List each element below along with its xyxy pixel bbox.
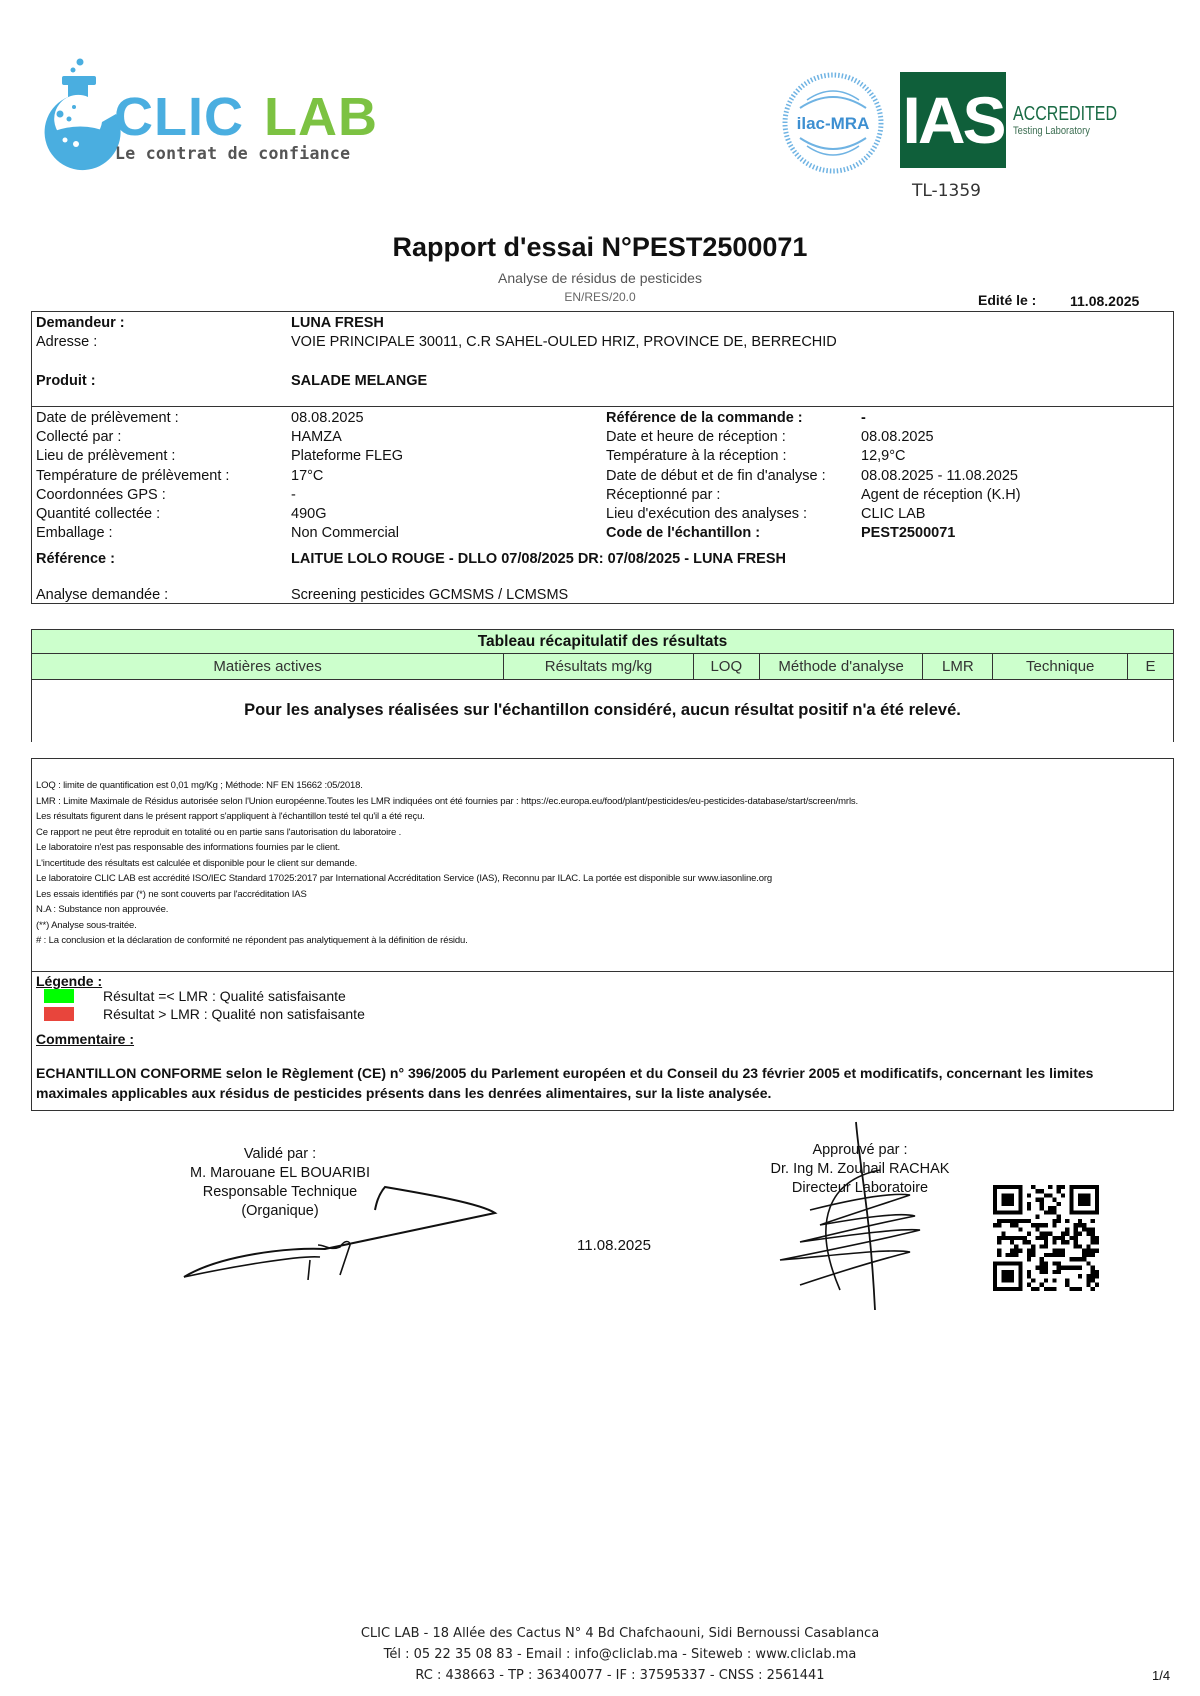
logo-brand-part1: CLIC	[114, 90, 244, 144]
legend-title: Légende :	[36, 973, 102, 989]
note-line: Le laboratoire n'est pas responsable des…	[36, 842, 340, 853]
requester-value: LUNA FRESH	[291, 314, 384, 332]
ilac-seal-icon: ilac-MRA	[782, 72, 884, 174]
sample-field-label: Quantité collectée :	[36, 505, 160, 523]
note-line: # : La conclusion et la déclaration de c…	[36, 935, 468, 946]
ias-accredited-sub: Testing Laboratory	[1013, 125, 1090, 137]
note-line: Le laboratoire CLIC LAB est accrédité IS…	[36, 873, 772, 884]
sample-field-value: 490G	[291, 505, 326, 523]
results-column-header: Matières actives	[32, 654, 504, 679]
sample-field-value: PEST2500071	[861, 524, 955, 542]
signature-approver-icon	[770, 1120, 950, 1320]
legend-item-unsatisfactory: Résultat > LMR : Qualité non satisfaisan…	[103, 1006, 365, 1022]
report-title: Rapport d'essai N°PEST2500071	[0, 232, 1200, 263]
sample-field-value: 08.08.2025	[861, 428, 934, 446]
legend-item-satisfactory: Résultat =< LMR : Qualité satisfaisante	[103, 988, 346, 1004]
sample-field-label: Lieu de prélèvement :	[36, 447, 175, 465]
ias-logo: IAS	[900, 72, 1006, 168]
clic-lab-logo: CLIC LAB Le contrat de confiance	[32, 52, 392, 172]
sample-field-label: Réceptionné par :	[606, 486, 720, 504]
product-label: Produit :	[36, 372, 96, 390]
signature-validator-icon	[180, 1185, 510, 1280]
sample-field-label: Lieu d'exécution des analyses :	[606, 505, 807, 523]
analysis-label: Analyse demandée :	[36, 586, 168, 604]
sample-field-value: 08.08.2025	[291, 409, 364, 427]
no-result-message: Pour les analyses réalisées sur l'échant…	[31, 679, 1174, 742]
ias-certificate-number: TL-1359	[912, 181, 981, 201]
notes-box: LOQ : limite de quantification est 0,01 …	[31, 758, 1174, 972]
note-line: L'incertitude des résultats est calculée…	[36, 858, 357, 869]
note-line: Les résultats figurent dans le présent r…	[36, 811, 425, 822]
reference-label: Référence :	[36, 550, 115, 568]
sample-field-value: Non Commercial	[291, 524, 399, 542]
legend-comment-box: Légende : Résultat =< LMR : Qualité sati…	[31, 971, 1174, 1111]
note-line: LOQ : limite de quantification est 0,01 …	[36, 780, 363, 791]
flask-icon	[32, 52, 122, 172]
sample-field-value: Agent de réception (K.H)	[861, 486, 1021, 504]
sample-field-label: Référence de la commande :	[606, 409, 803, 427]
sample-field-label: Coordonnées GPS :	[36, 486, 166, 504]
sample-field-label: Collecté par :	[36, 428, 121, 446]
legend-swatch-red	[44, 1007, 74, 1021]
note-line: (**) Analyse sous-traitée.	[36, 920, 137, 931]
sample-field-label: Température à la réception :	[606, 447, 787, 465]
sample-field-value: Plateforme FLEG	[291, 447, 403, 465]
ias-accredited-label: ACCREDITED	[1013, 104, 1117, 124]
logo-brand-part2: LAB	[264, 90, 378, 144]
note-line: Ce rapport ne peut être reproduit en tot…	[36, 827, 401, 838]
ilac-mra-logo: ilac-MRA	[782, 72, 884, 174]
sample-field-value: -	[861, 409, 866, 427]
sample-field-value: HAMZA	[291, 428, 342, 446]
results-column-header: LMR	[923, 654, 993, 679]
results-table-header: Matières activesRésultats mg/kgLOQMéthod…	[31, 653, 1174, 680]
note-line: Les essais identifiés par (*) ne sont co…	[36, 889, 307, 900]
sample-field-label: Emballage :	[36, 524, 113, 542]
sample-field-label: Date de début et de fin d'analyse :	[606, 467, 826, 485]
sample-field-label: Date et heure de réception :	[606, 428, 786, 446]
note-line: LMR : Limite Maximale de Résidus autoris…	[36, 796, 858, 807]
analysis-value: Screening pesticides GCMSMS / LCMSMS	[291, 586, 568, 604]
edited-date: 11.08.2025	[1070, 293, 1139, 309]
report-subtitle: Analyse de résidus de pesticides	[0, 270, 1200, 286]
results-table-title: Tableau récapitulatif des résultats	[31, 629, 1174, 654]
sample-field-value: 08.08.2025 - 11.08.2025	[861, 467, 1018, 485]
page-number: 1/4	[1152, 1668, 1170, 1683]
sample-field-value: 12,9°C	[861, 447, 906, 465]
client-info-box: Demandeur : LUNA FRESH Adresse : VOIE PR…	[31, 311, 1174, 407]
footer-registration: RC : 438663 - TP : 36340077 - IF : 37595…	[0, 1668, 1200, 1683]
sample-info-box: Date de prélèvement :08.08.2025Collecté …	[31, 406, 1174, 604]
validated-name: M. Marouane EL BOUARIBI	[150, 1164, 410, 1183]
results-column-header: Méthode d'analyse	[760, 654, 924, 679]
results-column-header: Technique	[993, 654, 1128, 679]
logo-tagline: Le contrat de confiance	[115, 144, 350, 163]
address-label: Adresse :	[36, 333, 97, 351]
requester-label: Demandeur :	[36, 314, 125, 332]
results-column-header: E	[1128, 654, 1173, 679]
footer-contact: Tél : 05 22 35 08 83 - Email : info@clic…	[0, 1647, 1200, 1662]
results-column-header: LOQ	[694, 654, 760, 679]
sample-field-value: -	[291, 486, 296, 504]
qr-code-icon	[988, 1185, 1104, 1291]
address-value: VOIE PRINCIPALE 30011, C.R SAHEL-OULED H…	[291, 333, 837, 351]
note-line: N.A : Substance non approuvée.	[36, 904, 168, 915]
validated-label: Validé par :	[150, 1145, 410, 1164]
legend-swatch-green	[44, 989, 74, 1003]
sample-field-label: Date de prélèvement :	[36, 409, 179, 427]
results-column-header: Résultats mg/kg	[504, 654, 694, 679]
sample-field-value: 17°C	[291, 467, 323, 485]
reference-value: LAITUE LOLO ROUGE - DLLO 07/08/2025 DR: …	[291, 550, 786, 568]
signature-date: 11.08.2025	[577, 1237, 651, 1254]
comment-title: Commentaire :	[36, 1031, 134, 1047]
product-value: SALADE MELANGE	[291, 372, 427, 390]
svg-text:ilac-MRA: ilac-MRA	[797, 114, 870, 133]
sample-field-label: Code de l'échantillon :	[606, 524, 760, 542]
comment-text: ECHANTILLON CONFORME selon le Règlement …	[36, 1063, 1168, 1103]
sample-field-value: CLIC LAB	[861, 505, 925, 523]
sample-field-label: Température de prélèvement :	[36, 467, 229, 485]
edited-label: Edité le :	[978, 292, 1036, 308]
footer-address: CLIC LAB - 18 Allée des Cactus N° 4 Bd C…	[0, 1626, 1200, 1641]
